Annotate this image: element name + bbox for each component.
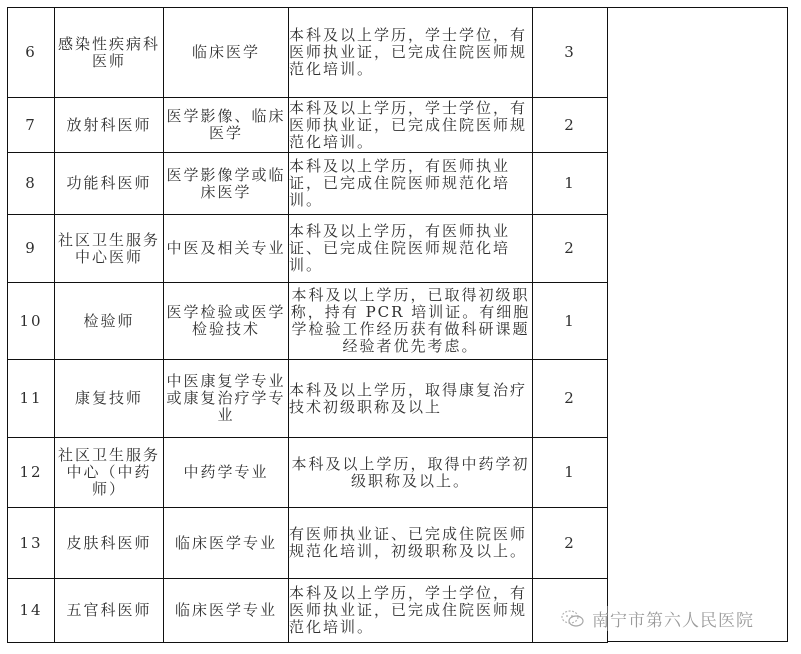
qualification-requirements: 本科及以上学历，学士学位，有医师执业证，已完成住院医师规范化培训。 xyxy=(289,579,533,643)
table-row: 8功能科医师医学影像学或临床医学本科及以上学历，有医师执业证，已完成住院医师规范… xyxy=(8,153,608,215)
qualification-requirements: 本科及以上学历，有医师执业证，已完成住院医师规范化培训。 xyxy=(289,153,533,215)
qualification-requirements: 有医师执业证、已完成住院医师规范化培训，初级职称及以上。 xyxy=(289,508,533,579)
watermark: 南宁市第六人民医院 xyxy=(560,606,754,631)
qualification-requirements: 本科及以上学历，取得康复治疗技术初级职称及以上 xyxy=(289,360,533,438)
table-row: 12社区卫生服务中心（中药师）中药学专业本科及以上学历，取得中药学初级职称及以上… xyxy=(8,438,608,508)
position-name: 社区卫生服务中心（中药师） xyxy=(55,438,164,508)
headcount: 3 xyxy=(533,8,608,98)
headcount: 1 xyxy=(533,438,608,508)
headcount: 1 xyxy=(533,153,608,215)
table-row: 7放射科医师医学影像、临床医学本科及以上学历，学士学位，有医师执业证，已完成住院… xyxy=(8,98,608,153)
position-name: 感染性疾病科医师 xyxy=(55,8,164,98)
table-row: 14五官科医师临床医学专业本科及以上学历，学士学位，有医师执业证，已完成住院医师… xyxy=(8,579,608,643)
major-requirement: 中医康复学专业或康复治疗学专业 xyxy=(164,360,289,438)
major-requirement: 临床医学专业 xyxy=(164,508,289,579)
row-number: 8 xyxy=(8,153,55,215)
headcount: 2 xyxy=(533,508,608,579)
row-number: 9 xyxy=(8,215,55,283)
table-row: 11康复技师中医康复学专业或康复治疗学专业本科及以上学历，取得康复治疗技术初级职… xyxy=(8,360,608,438)
row-number: 7 xyxy=(8,98,55,153)
qualification-requirements: 本科及以上学历，学士学位，有医师执业证，已完成住院医师规范化培训。 xyxy=(289,98,533,153)
major-requirement: 中药学专业 xyxy=(164,438,289,508)
qualification-requirements: 本科及以上学历，取得中药学初级职称及以上。 xyxy=(289,438,533,508)
table-row: 9社区卫生服务中心医师中医及相关专业本科及以上学历，有医师执业证、已完成住院医师… xyxy=(8,215,608,283)
major-requirement: 临床医学 xyxy=(164,8,289,98)
recruitment-table-sheet: 6感染性疾病科医师临床医学本科及以上学历，学士学位，有医师执业证，已完成住院医师… xyxy=(7,7,788,642)
position-name: 康复技师 xyxy=(55,360,164,438)
watermark-text: 南宁市第六人民医院 xyxy=(592,606,754,631)
merged-remarks-cell xyxy=(607,7,788,642)
wechat-icon xyxy=(560,609,586,629)
position-name: 五官科医师 xyxy=(55,579,164,643)
table-row: 10检验师医学检验或医学检验技术本科及以上学历，已取得初级职称，持有 PCR 培… xyxy=(8,283,608,360)
position-name: 皮肤科医师 xyxy=(55,508,164,579)
position-name: 社区卫生服务中心医师 xyxy=(55,215,164,283)
position-name: 功能科医师 xyxy=(55,153,164,215)
row-number: 13 xyxy=(8,508,55,579)
headcount: 2 xyxy=(533,215,608,283)
headcount: 1 xyxy=(533,283,608,360)
qualification-requirements: 本科及以上学历，有医师执业证、已完成住院医师规范化培训。 xyxy=(289,215,533,283)
row-number: 14 xyxy=(8,579,55,643)
headcount: 2 xyxy=(533,360,608,438)
row-number: 11 xyxy=(8,360,55,438)
headcount: 2 xyxy=(533,98,608,153)
table-body: 6感染性疾病科医师临床医学本科及以上学历，学士学位，有医师执业证，已完成住院医师… xyxy=(8,8,608,643)
major-requirement: 中医及相关专业 xyxy=(164,215,289,283)
recruitment-table: 6感染性疾病科医师临床医学本科及以上学历，学士学位，有医师执业证，已完成住院医师… xyxy=(7,7,608,643)
row-number: 6 xyxy=(8,8,55,98)
row-number: 10 xyxy=(8,283,55,360)
table-row: 13皮肤科医师临床医学专业有医师执业证、已完成住院医师规范化培训，初级职称及以上… xyxy=(8,508,608,579)
row-number: 12 xyxy=(8,438,55,508)
major-requirement: 医学影像学或临床医学 xyxy=(164,153,289,215)
position-name: 放射科医师 xyxy=(55,98,164,153)
major-requirement: 临床医学专业 xyxy=(164,579,289,643)
qualification-requirements: 本科及以上学历，已取得初级职称，持有 PCR 培训证。有细胞学检验工作经历获有做… xyxy=(289,283,533,360)
major-requirement: 医学影像、临床医学 xyxy=(164,98,289,153)
table-row: 6感染性疾病科医师临床医学本科及以上学历，学士学位，有医师执业证，已完成住院医师… xyxy=(8,8,608,98)
position-name: 检验师 xyxy=(55,283,164,360)
qualification-requirements: 本科及以上学历，学士学位，有医师执业证，已完成住院医师规范化培训。 xyxy=(289,8,533,98)
major-requirement: 医学检验或医学检验技术 xyxy=(164,283,289,360)
